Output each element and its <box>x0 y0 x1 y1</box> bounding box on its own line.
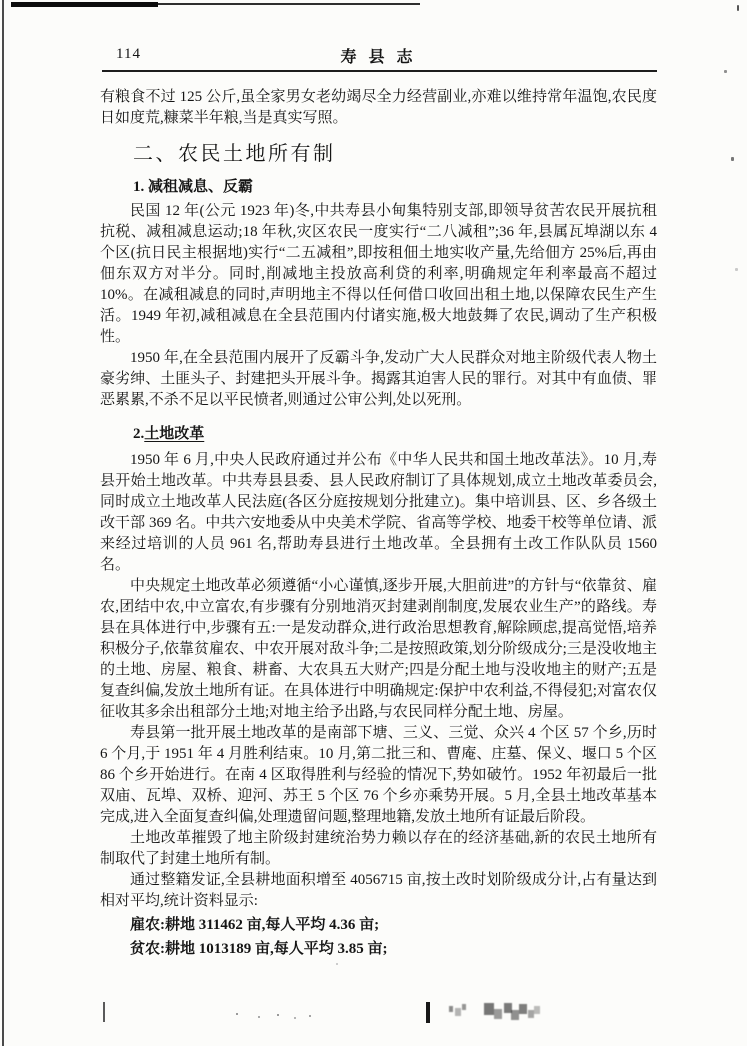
scan-bottom-bar <box>426 1002 430 1023</box>
scan-edge-line <box>2 0 4 1046</box>
paragraph: 中央规定土地改革必须遵循“小心谨慎,逐步开展,大胆前进”的方针与“依靠贫、雇农,… <box>100 576 657 723</box>
running-header: 114 寿 县 志 <box>100 44 657 68</box>
paragraph: 土地改革摧毁了地主阶级封建统治势力赖以存在的经济基础,新的农民土地所有制取代了封… <box>100 828 657 870</box>
subsection-heading-rent-reduction: 1. 减租减息、反霸 <box>100 177 657 199</box>
paragraph: 通过整籍发证,全县耕地面积增至 4056715 亩,按土改时划阶级成分计,占有量… <box>100 870 657 912</box>
illegible-print-smudge <box>449 1006 453 1012</box>
paragraph: 寿县第一批开展土地改革的是南部下塘、三义、三觉、众兴 4 个区 57 个乡,历时… <box>100 723 657 828</box>
scan-speck <box>336 963 338 965</box>
paragraph: 民国 12 年(公元 1923 年)冬,中共寿县小甸集特别支部,即领导贫苦农民开… <box>100 201 657 348</box>
subsection-heading-land-reform: 2.土地改革 <box>100 424 657 446</box>
subsection-number: 1. <box>133 179 148 195</box>
body-text: 有粮食不过 125 公斤,虽全家男女老幼竭尽全力经营副业,亦难以维持常年温饱,农… <box>100 87 657 960</box>
stat-line-hired-peasants: 雇农:耕地 311462 亩,每人平均 4.36 亩; <box>100 915 657 936</box>
book-title: 寿 县 志 <box>100 44 657 67</box>
header-rule <box>102 70 657 72</box>
stat-line-poor-peasants: 贫农:耕地 1013189 亩,每人平均 3.85 亩; <box>100 939 657 960</box>
scanned-book-page: 114 寿 县 志 有粮食不过 125 公斤,虽全家男女老幼竭尽全力经营副业,亦… <box>0 0 747 1046</box>
paragraph: 1950 年 6 月,中央人民政府通过并公布《中华人民共和国土地改革法》。10 … <box>100 450 657 576</box>
scan-top-bar <box>11 2 158 7</box>
scan-bottom-dots <box>236 1013 238 1015</box>
scan-top-bar-thin <box>158 3 420 5</box>
scan-bottom-tick <box>103 1002 105 1022</box>
section-heading-farmer-land-ownership: 二、农民土地所有制 <box>100 141 657 167</box>
scan-speck <box>735 268 738 271</box>
subsection-title: 土地改革 <box>144 426 204 442</box>
scan-speck <box>737 5 739 11</box>
page-content: 114 寿 县 志 有粮食不过 125 公斤,虽全家男女老幼竭尽全力经营副业,亦… <box>100 44 657 960</box>
scan-speck <box>731 157 734 161</box>
subsection-number: 2. <box>133 426 144 442</box>
paragraph-continuation: 有粮食不过 125 公斤,虽全家男女老幼竭尽全力经营副业,亦难以维持常年温饱,农… <box>100 87 657 129</box>
paragraph: 1950 年,在全县范围内展开了反霸斗争,发动广大人民群众对地主阶级代表人物土豪… <box>100 348 657 411</box>
scan-speck <box>724 70 727 73</box>
subsection-title: 减租减息、反霸 <box>148 179 253 195</box>
